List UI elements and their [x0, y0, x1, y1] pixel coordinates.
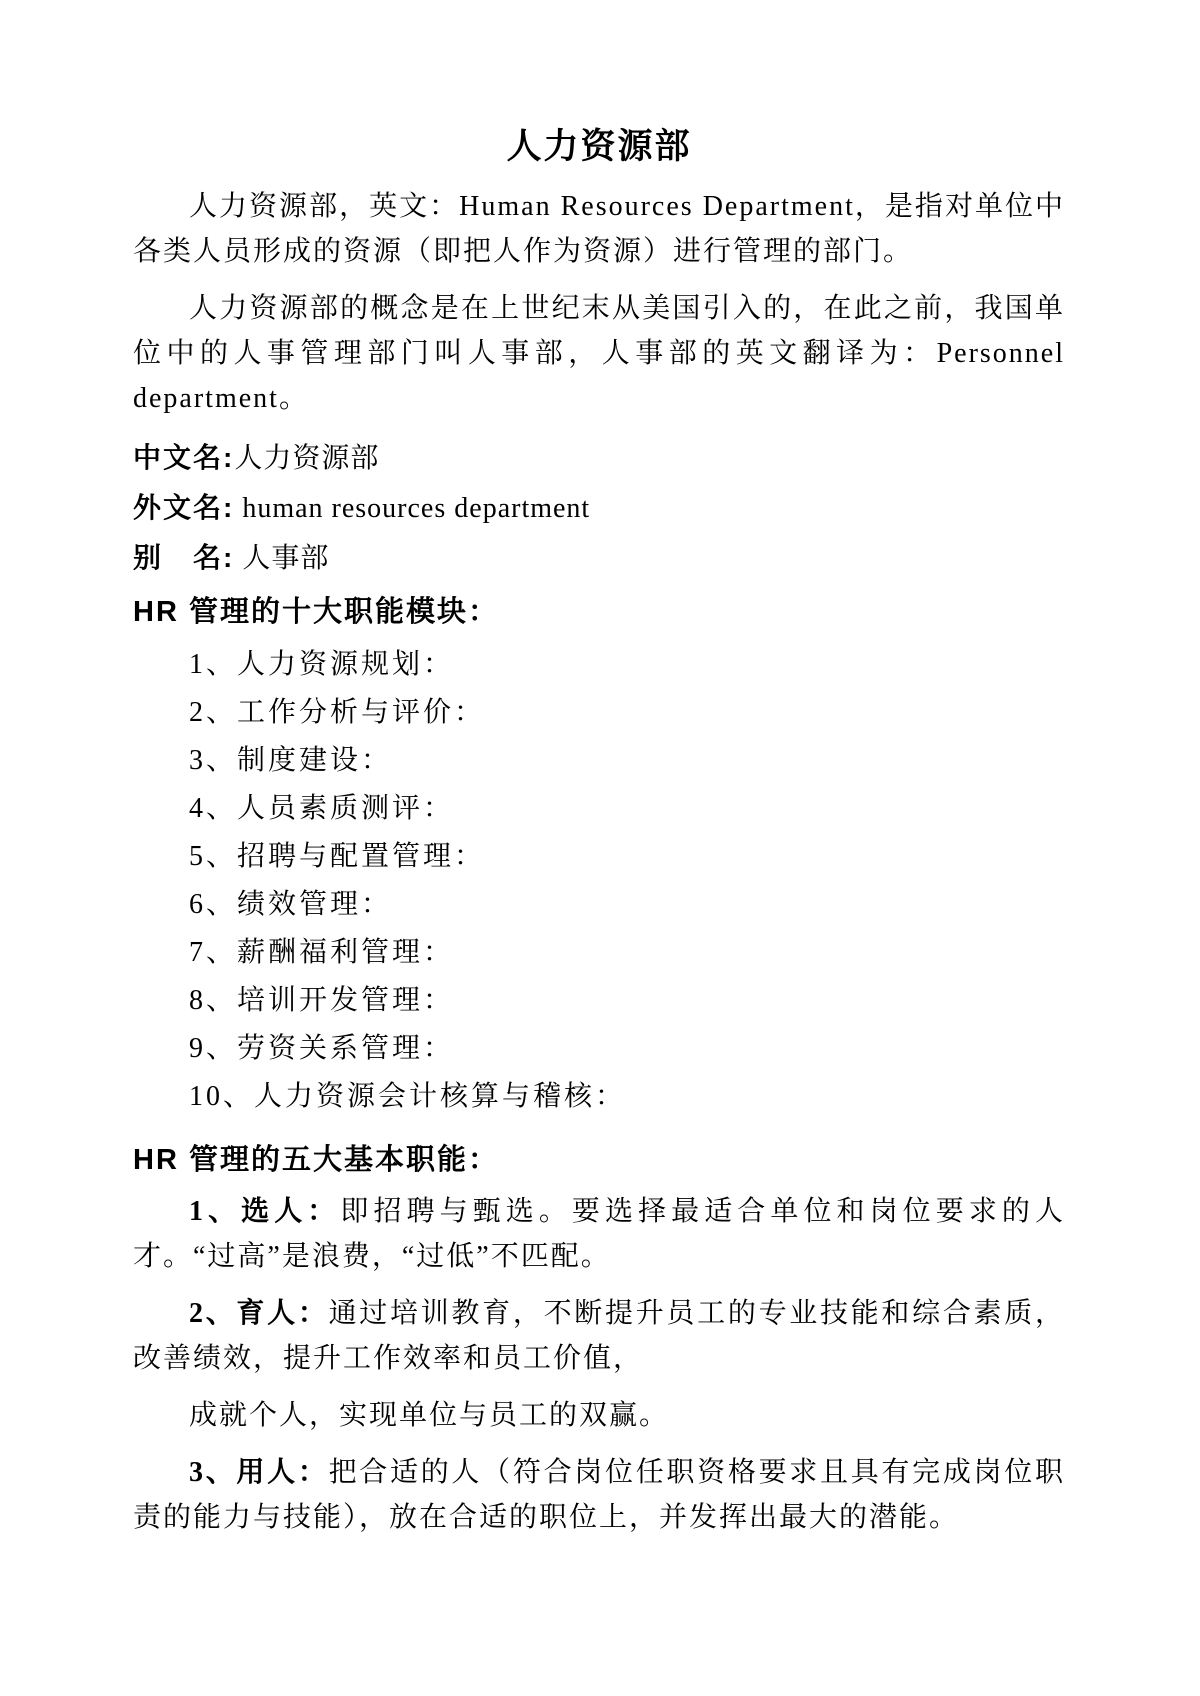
section-heading-five-functions: HR 管理的五大基本职能： [133, 1135, 1065, 1185]
list-item-module-3: 3、制度建设： [133, 737, 1065, 785]
list-item-module-7: 7、薪酬福利管理： [133, 929, 1065, 977]
field-label-alias: 别 名: [133, 542, 234, 573]
field-label-foreign-name: 外文名: [133, 492, 234, 523]
document-page: 人力资源部 人力资源部，英文：Human Resources Departmen… [0, 0, 1200, 1696]
function-label-deploy: 3、用人： [189, 1457, 329, 1488]
function-label-select: 1、选人： [189, 1196, 340, 1227]
field-value-foreign-name: human resources department [234, 493, 590, 524]
list-item-module-8: 8、培训开发管理： [133, 977, 1065, 1025]
ten-modules-list: 1、人力资源规划： 2、工作分析与评价： 3、制度建设： 4、人员素质测评： 5… [133, 641, 1065, 1121]
info-fields: 中文名:人力资源部 外文名: human resources departmen… [133, 433, 1065, 583]
list-item-module-5: 5、招聘与配置管理： [133, 833, 1065, 881]
function-label-develop: 2、育人： [189, 1298, 329, 1329]
function-paragraph-develop-continued: 成就个人，实现单位与员工的双赢。 [133, 1393, 1065, 1438]
field-label-chinese-name: 中文名: [133, 442, 234, 473]
list-item-module-6: 6、绩效管理： [133, 881, 1065, 929]
intro-paragraph-2: 人力资源部的概念是在上世纪末从美国引入的，在此之前，我国单位中的人事管理部门叫人… [133, 286, 1065, 421]
info-field-foreign-name: 外文名: human resources department [133, 483, 1065, 533]
info-field-alias: 别 名: 人事部 [133, 533, 1065, 583]
field-value-alias: 人事部 [234, 543, 329, 574]
list-item-module-1: 1、人力资源规划： [133, 641, 1065, 689]
function-text-develop-continued: 成就个人，实现单位与员工的双赢。 [189, 1400, 669, 1431]
function-paragraph-deploy: 3、用人：把合适的人（符合岗位任职资格要求且具有完成岗位职责的能力与技能），放在… [133, 1450, 1065, 1540]
function-paragraph-develop: 2、育人：通过培训教育，不断提升员工的专业技能和综合素质，改善绩效，提升工作效率… [133, 1291, 1065, 1381]
list-item-module-2: 2、工作分析与评价： [133, 689, 1065, 737]
list-item-module-10: 10、人力资源会计核算与稽核： [133, 1073, 1065, 1121]
list-item-module-4: 4、人员素质测评： [133, 785, 1065, 833]
section-heading-ten-modules: HR 管理的十大职能模块： [133, 587, 1065, 637]
function-paragraph-select: 1、选人：即招聘与甄选。要选择最适合单位和岗位要求的人才。“过高”是浪费，“过低… [133, 1189, 1065, 1279]
page-title: 人力资源部 [133, 124, 1065, 170]
info-field-chinese-name: 中文名:人力资源部 [133, 433, 1065, 483]
field-value-chinese-name: 人力资源部 [234, 443, 379, 474]
intro-paragraph-1: 人力资源部，英文：Human Resources Department，是指对单… [133, 184, 1065, 274]
list-item-module-9: 9、劳资关系管理： [133, 1025, 1065, 1073]
